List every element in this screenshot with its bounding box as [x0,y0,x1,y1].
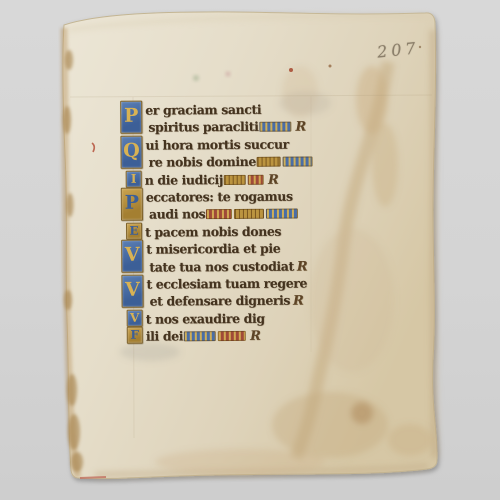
text-line: Et pacem nobis dones [126,220,341,239]
line-text: t nos exaudire dig [146,310,265,326]
illuminated-initial: P [120,101,142,134]
text-line: re nobis domine [149,150,341,169]
manuscript-photo: 207 Per graciam sanctispiritus paracliti… [0,0,500,500]
line-filler-blue-icon [266,209,298,219]
line-text: spiritus paracliti [148,119,258,135]
illuminated-initial: F [127,327,143,344]
line-text: n die iudicij [145,172,223,188]
line-filler-gold-icon [257,157,281,167]
line-filler-gold-icon [224,174,246,184]
line-filler-blue-icon [259,122,291,132]
text-line: Vt misericordia et pie [126,237,341,256]
text-line: Qui hora mortis succur [125,133,340,152]
text-block: Per graciam sanctispiritus paraclitiRQui… [125,98,342,343]
line-filler-gold-icon [234,209,264,219]
text-line: Fili deiR [127,324,342,343]
line-text: audi nos [149,207,205,222]
text-line: tate tua nos custodiatR [149,255,341,274]
illuminated-initial: E [126,222,142,239]
text-line: Peccatores: te rogamus [126,185,341,204]
text-line: audi nos [149,203,341,222]
text-line: et defensare dignerisR [149,290,341,309]
illuminated-initial: P [121,188,143,221]
text-line: Vt nos exaudire dig [127,307,342,326]
text-line: spiritus paraclitiR [148,116,340,135]
line-filler-red-icon [248,174,264,184]
illuminated-initial: I [126,170,142,187]
line-filler-blue-icon [283,157,313,167]
response-mark: R [250,329,261,344]
illuminated-initial: Q [120,135,142,168]
illuminated-initial: V [121,240,143,273]
illuminated-initial: V [121,275,143,308]
line-text: er graciam sancti [145,102,261,118]
line-text: ili dei [146,328,183,343]
text-line: Per graciam sancti [125,98,340,117]
line-text: re nobis domine [149,154,256,170]
line-filler-red-icon [206,209,232,219]
line-filler-blue-icon [184,331,216,341]
text-line: Vt ecclesiam tuam regere [126,272,341,291]
illuminated-initial: V [127,309,143,326]
line-filler-red-icon [218,331,246,341]
text-line: In die iudicijR [126,168,341,187]
